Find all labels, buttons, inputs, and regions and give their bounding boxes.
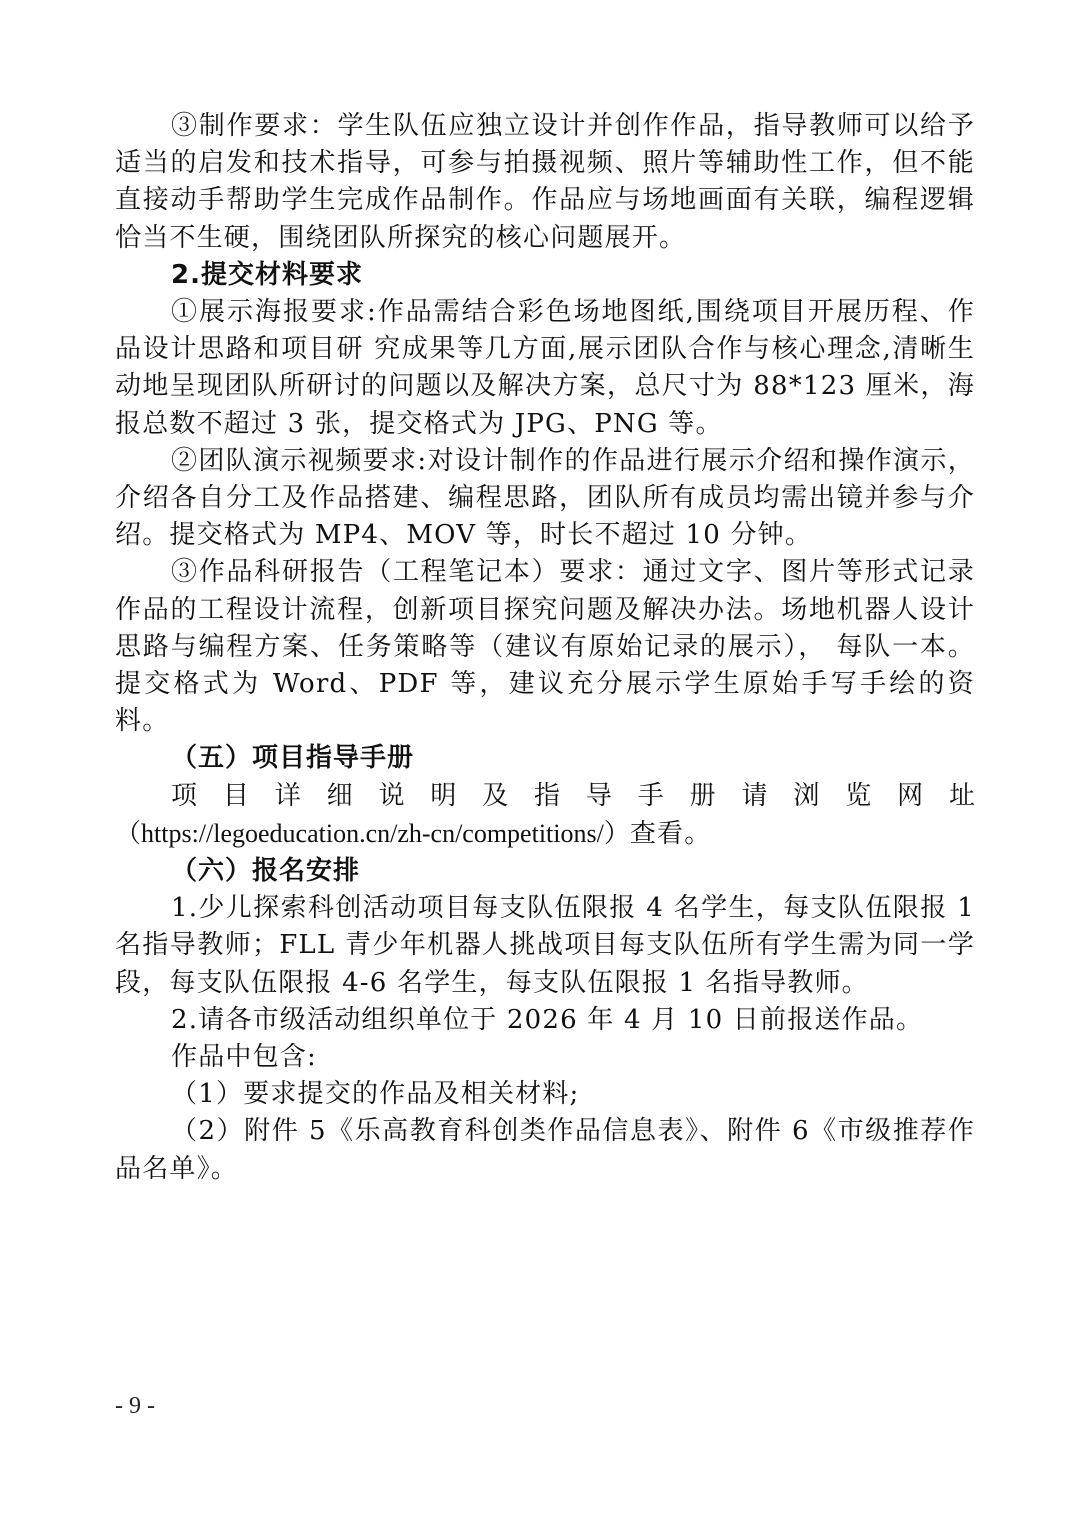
- registration-item-2-text: 2.请各市级活动组织单位于 2026 年 4 月 10 日前报送作品。: [115, 1002, 975, 1039]
- includes-label-text: 作品中包含:: [115, 1039, 975, 1076]
- registration-item-2-paragraph: 2.请各市级活动组织单位于 2026 年 4 月 10 日前报送作品。: [115, 1002, 975, 1039]
- report-requirement-text: ③作品科研报告（工程笔记本）要求：通过文字、图片等形式记录作品的工程设计流程，创…: [115, 554, 975, 740]
- page-number: - 9 -: [115, 1393, 155, 1420]
- poster-requirement-text: ①展示海报要求:作品需结合彩色场地图纸,围绕项目开展历程、作品设计思路和项目研 …: [115, 294, 975, 443]
- submission-materials-heading: 2.提交材料要求: [115, 257, 975, 294]
- includes-item-2-text: （2）附件 5《乐高教育科创类作品信息表》、附件 6《市级推荐作品名单》。: [115, 1113, 975, 1187]
- video-requirement-paragraph: ②团队演示视频要求:对设计制作的作品进行展示介绍和操作演示，介绍各自分工及作品搭…: [115, 443, 975, 555]
- video-requirement-text: ②团队演示视频要求:对设计制作的作品进行展示介绍和操作演示，介绍各自分工及作品搭…: [115, 443, 975, 555]
- report-requirement-paragraph: ③作品科研报告（工程笔记本）要求：通过文字、图片等形式记录作品的工程设计流程，创…: [115, 554, 975, 740]
- registration-heading: （六）报名安排: [115, 853, 975, 890]
- production-requirement-text: ③制作要求：学生队伍应独立设计并创作作品，指导教师可以给予适当的启发和技术指导，…: [115, 108, 975, 257]
- document-page: ③制作要求：学生队伍应独立设计并创作作品，指导教师可以给予适当的启发和技术指导，…: [115, 108, 975, 1188]
- includes-label-paragraph: 作品中包含:: [115, 1039, 975, 1076]
- production-requirement-paragraph: ③制作要求：学生队伍应独立设计并创作作品，指导教师可以给予适当的启发和技术指导，…: [115, 108, 975, 257]
- project-guide-url-line: （https://legoeducation.cn/zh-cn/competit…: [115, 815, 975, 853]
- poster-requirement-paragraph: ①展示海报要求:作品需结合彩色场地图纸,围绕项目开展历程、作品设计思路和项目研 …: [115, 294, 975, 443]
- registration-item-1-text: 1.少儿探索科创活动项目每支队伍限报 4 名学生，每支队伍限报 1 名指导教师；…: [115, 890, 975, 1002]
- project-guide-text: 项目详细说明及指导手册请浏览网址: [115, 778, 975, 815]
- guide-url-link[interactable]: （https://legoeducation.cn/zh-cn/competit…: [115, 819, 630, 848]
- guide-url-suffix: 查看。: [630, 819, 712, 849]
- project-guide-heading: （五）项目指导手册: [115, 740, 975, 777]
- registration-item-1-paragraph: 1.少儿探索科创活动项目每支队伍限报 4 名学生，每支队伍限报 1 名指导教师；…: [115, 890, 975, 1002]
- includes-item-1-text: （1）要求提交的作品及相关材料;: [115, 1076, 975, 1113]
- includes-item-2-paragraph: （2）附件 5《乐高教育科创类作品信息表》、附件 6《市级推荐作品名单》。: [115, 1113, 975, 1187]
- includes-item-1-paragraph: （1）要求提交的作品及相关材料;: [115, 1076, 975, 1113]
